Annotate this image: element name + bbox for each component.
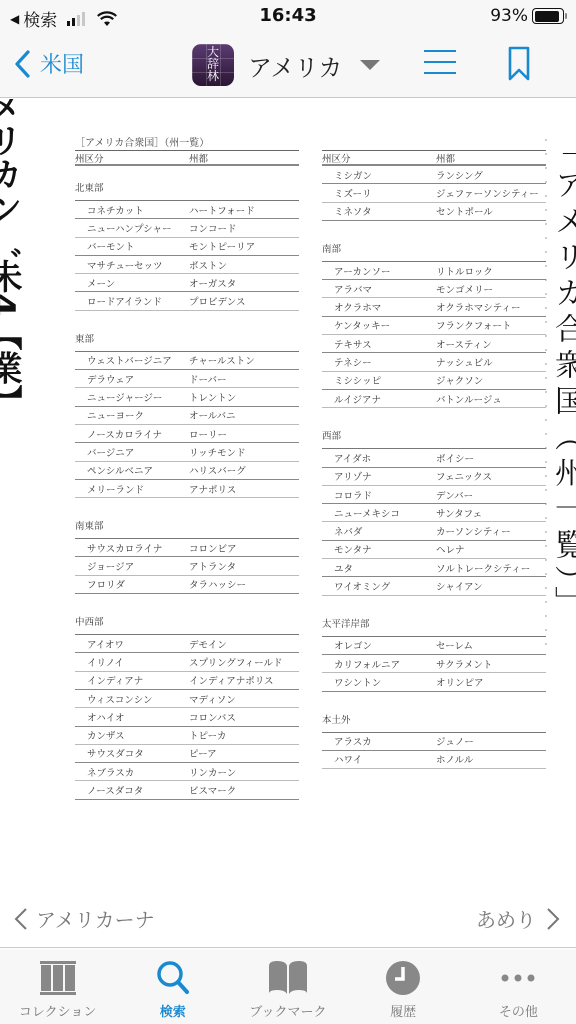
previous-page-edge-text: メリカン゛未4【業】 <box>0 99 22 419</box>
state-name: ハワイ <box>322 752 436 766</box>
section-label: 西部 <box>322 408 546 448</box>
table-row: ニューハンプシャーコンコード <box>75 219 299 237</box>
section-label: 北東部 <box>75 166 299 200</box>
state-capital: ビスマーク <box>189 783 299 797</box>
table-row: アリゾナフェニックス <box>322 468 546 486</box>
state-name: ミズーリ <box>322 186 436 200</box>
state-name: アリゾナ <box>322 469 436 483</box>
state-capital: チャールストン <box>189 353 299 367</box>
state-capital: ランシング <box>436 168 546 182</box>
status-bar: ◀ 検索 16:43 93% <box>0 0 576 34</box>
nav-bar: 米国 大 辞 林 アメリカ <box>0 34 576 98</box>
previous-entry-label: アメリカーナ <box>36 904 155 933</box>
state-name: ノースカロライナ <box>75 427 189 441</box>
state-name: ネバダ <box>322 524 436 538</box>
state-name: メリーランド <box>75 482 189 496</box>
state-name: テネシー <box>322 355 436 369</box>
table-row: ノースカロライナローリー <box>75 425 299 443</box>
table-row: ミシガンランシング <box>322 166 546 184</box>
header-capital: 州都 <box>189 151 299 165</box>
table-section: 南部アーカンソーリトルロックアラバマモンゴメリーオクラホマオクラホマシティーケン… <box>322 221 546 408</box>
state-name: イリノイ <box>75 655 189 669</box>
table-section: 本土外アラスカジュノーハワイホノルル <box>322 692 546 770</box>
state-capital: オリンピア <box>436 675 546 689</box>
state-name: アラスカ <box>322 734 436 748</box>
table-row: ミズーリジェファーソンシティー <box>322 184 546 202</box>
daijirin-app-icon: 大 辞 林 <box>192 44 234 86</box>
state-name: ロードアイランド <box>75 294 189 308</box>
menu-button[interactable] <box>424 50 456 78</box>
table-row: カリフォルニアサクラメント <box>322 655 546 673</box>
state-name: メーン <box>75 276 189 290</box>
state-capital: ローリー <box>189 427 299 441</box>
back-button[interactable]: 米国 <box>12 48 84 79</box>
state-name: ノースダコタ <box>75 783 189 797</box>
clock-icon <box>385 960 421 996</box>
tab-label: 履歴 <box>346 1001 461 1020</box>
tab-more[interactable]: その他 <box>461 949 576 1024</box>
bookmark-book-icon <box>267 960 309 996</box>
chevron-left-icon <box>12 49 32 79</box>
state-capital: オーガスタ <box>189 276 299 290</box>
collection-icon <box>38 959 78 997</box>
entry-title: アメリカ <box>248 48 342 83</box>
state-capital: フランクフォート <box>436 318 546 332</box>
table-row: オクラホマオクラホマシティー <box>322 298 546 316</box>
tab-label: 検索 <box>115 1001 230 1020</box>
state-capital: コンコード <box>189 221 299 235</box>
state-name: ニュージャージー <box>75 390 189 404</box>
table-section: 北東部コネチカットハートフォードニューハンプシャーコンコードバーモントモントピー… <box>75 166 299 311</box>
state-capital: モントピーリア <box>189 239 299 253</box>
search-icon <box>154 959 192 997</box>
state-name: オハイオ <box>75 710 189 724</box>
table-row: ワシントンオリンピア <box>322 673 546 691</box>
state-name: ミシシッピ <box>322 373 436 387</box>
state-name: カリフォルニア <box>322 657 436 671</box>
table-row: ミシシッピジャクソン <box>322 372 546 390</box>
table-row: テネシーナッシュビル <box>322 353 546 371</box>
table-row: ノースダコタビスマーク <box>75 781 299 799</box>
table-row: アイオワデモイン <box>75 635 299 653</box>
back-label: 米国 <box>40 48 84 79</box>
state-capital: ソルトレークシティー <box>436 561 546 575</box>
battery-icon <box>532 8 564 24</box>
state-name: コネチカット <box>75 203 189 217</box>
state-name: テキサス <box>322 337 436 351</box>
state-name: カンザス <box>75 728 189 742</box>
state-capital: コロンバス <box>189 710 299 724</box>
state-name: マサチューセッツ <box>75 258 189 272</box>
hamburger-icon-line <box>424 50 456 52</box>
state-capital: リッチモンド <box>189 445 299 459</box>
state-capital: アナポリス <box>189 482 299 496</box>
header-region: 州区分 <box>322 151 436 165</box>
section-label: 中西部 <box>75 594 299 634</box>
state-name: バージニア <box>75 445 189 459</box>
state-capital: インディアナポリス <box>189 673 299 687</box>
section-label: 南東部 <box>75 498 299 538</box>
state-name: ミネソタ <box>322 204 436 218</box>
table-row: オハイオコロンバス <box>75 708 299 726</box>
state-capital: ホノルル <box>436 752 546 766</box>
table-row: サウスカロライナコロンビア <box>75 539 299 557</box>
state-name: ニューヨーク <box>75 408 189 422</box>
table-row: デラウェアドーバー <box>75 370 299 388</box>
state-capital: カーソンシティー <box>436 524 546 538</box>
state-name: ルイジアナ <box>322 392 436 406</box>
table-row: モンタナヘレナ <box>322 541 546 559</box>
table-section: ミシガンランシングミズーリジェファーソンシティーミネソタセントポール <box>322 166 546 221</box>
table-row: フロリダタラハッシー <box>75 576 299 594</box>
state-name: モンタナ <box>322 542 436 556</box>
table-row: ネバダカーソンシティー <box>322 522 546 540</box>
more-icon <box>500 973 536 983</box>
state-name: ニューメキシコ <box>322 506 436 520</box>
table-row: ユタソルトレークシティー <box>322 559 546 577</box>
state-name: フロリダ <box>75 577 189 591</box>
table-column-right: 州区分 州都 ミシガンランシングミズーリジェファーソンシティーミネソタセントポー… <box>322 150 546 769</box>
table-row: アーカンソーリトルロック <box>322 262 546 280</box>
table-row: ウィスコンシンマディソン <box>75 690 299 708</box>
tab-bookmarks[interactable]: ブックマーク <box>230 949 345 1024</box>
table-row: メリーランドアナポリス <box>75 480 299 498</box>
table-row: オレゴンセーレム <box>322 637 546 655</box>
table-row: ワイオミングシャイアン <box>322 577 546 595</box>
state-capital: マディソン <box>189 692 299 706</box>
state-capital: シャイアン <box>436 579 546 593</box>
state-name: ペンシルベニア <box>75 463 189 477</box>
state-name: ジョージア <box>75 559 189 573</box>
table-section: 東部ウェストバージニアチャールストンデラウェアドーバーニュージャージートレントン… <box>75 311 299 498</box>
table-section: 南東部サウスカロライナコロンビアジョージアアトランタフロリダタラハッシー <box>75 498 299 594</box>
state-capital: セントポール <box>436 204 546 218</box>
state-capital: リンカーン <box>189 765 299 779</box>
bookmark-icon[interactable] <box>507 46 531 82</box>
state-capital: バトンルージュ <box>436 392 546 406</box>
table-row: ニューヨークオールバニ <box>75 407 299 425</box>
table-row: マサチューセッツボストン <box>75 256 299 274</box>
table-row: ニュージャージートレントン <box>75 388 299 406</box>
section-label: 本土外 <box>322 692 546 732</box>
table-row: ミネソタセントポール <box>322 203 546 221</box>
table-row: イリノイスプリングフィールド <box>75 653 299 671</box>
table-section: 太平洋岸部オレゴンセーレムカリフォルニアサクラメントワシントンオリンピア <box>322 596 546 692</box>
tab-label: コレクション <box>0 1001 115 1020</box>
state-name: アーカンソー <box>322 264 436 278</box>
state-capital: タラハッシー <box>189 577 299 591</box>
table-row: アイダホボイシー <box>322 449 546 467</box>
table-row: ネブラスカリンカーン <box>75 763 299 781</box>
state-name: インディアナ <box>75 673 189 687</box>
state-capital: サンタフェ <box>436 506 546 520</box>
state-capital: サクラメント <box>436 657 546 671</box>
table-row: コロラドデンバー <box>322 486 546 504</box>
state-name: サウスダコタ <box>75 746 189 760</box>
state-name: コロラド <box>322 488 436 502</box>
table-row: カンザストピーカ <box>75 727 299 745</box>
dictionary-selector[interactable]: 大 辞 林 アメリカ <box>192 44 380 86</box>
state-capital: モンゴメリー <box>436 282 546 296</box>
state-capital: ボストン <box>189 258 299 272</box>
table-title: ［アメリカ合衆国］（州一覧） <box>75 134 209 149</box>
table-row: バーモントモントピーリア <box>75 238 299 256</box>
table-row: バージニアリッチモンド <box>75 443 299 461</box>
state-name: バーモント <box>75 239 189 253</box>
state-name: ウェストバージニア <box>75 353 189 367</box>
state-name: ウィスコンシン <box>75 692 189 706</box>
state-name: ニューハンプシャー <box>75 221 189 235</box>
state-capital: ドーバー <box>189 372 299 386</box>
state-capital: フェニックス <box>436 469 546 483</box>
table-header: 州区分 州都 <box>75 150 299 166</box>
state-name: オクラホマ <box>322 300 436 314</box>
table-row: ウェストバージニアチャールストン <box>75 352 299 370</box>
tab-label: その他 <box>461 1001 576 1020</box>
tab-history[interactable]: 履歴 <box>346 949 461 1024</box>
next-entry-label: あめり <box>476 904 536 933</box>
tab-label: ブックマーク <box>230 1001 345 1020</box>
tab-collection[interactable]: コレクション <box>0 949 115 1024</box>
section-label: 東部 <box>75 311 299 351</box>
state-name: オレゴン <box>322 638 436 652</box>
header-capital: 州都 <box>436 151 546 165</box>
state-name: ミシガン <box>322 168 436 182</box>
table-row: ルイジアナバトンルージュ <box>322 390 546 408</box>
state-name: ワイオミング <box>322 579 436 593</box>
section-label: 南部 <box>322 221 546 261</box>
state-capital: ナッシュビル <box>436 355 546 369</box>
battery-percent: 93% <box>490 6 528 26</box>
state-capital: デモイン <box>189 637 299 651</box>
table-row: コネチカットハートフォード <box>75 201 299 219</box>
table-column-left: 州区分 州都 北東部コネチカットハートフォードニューハンプシャーコンコードバーモ… <box>75 150 299 800</box>
dropdown-triangle-icon <box>360 60 380 70</box>
table-section: 中西部アイオワデモインイリノイスプリングフィールドインディアナインディアナポリス… <box>75 594 299 800</box>
state-capital: ハートフォード <box>189 203 299 217</box>
chevron-left-icon <box>14 907 28 931</box>
state-capital: オールバニ <box>189 408 299 422</box>
entry-content[interactable]: メリカン゛未4【業】 「アメリカ合衆国（州一覧）」 ［アメリカ合衆国］（州一覧）… <box>0 99 576 890</box>
state-capital: リトルロック <box>436 264 546 278</box>
table-row: メーンオーガスタ <box>75 274 299 292</box>
state-capital: ジュノー <box>436 734 546 748</box>
table-row: ジョージアアトランタ <box>75 557 299 575</box>
table-row: ハワイホノルル <box>322 751 546 769</box>
chevron-right-icon <box>546 907 560 931</box>
state-capital: ジャクソン <box>436 373 546 387</box>
state-name: ワシントン <box>322 675 436 689</box>
state-capital: プロビデンス <box>189 294 299 308</box>
state-capital: デンバー <box>436 488 546 502</box>
state-capital: ハリスバーグ <box>189 463 299 477</box>
section-label: 太平洋岸部 <box>322 596 546 636</box>
state-name: ケンタッキー <box>322 318 436 332</box>
table-row: サウスダコタピーア <box>75 745 299 763</box>
table-row: ケンタッキーフランクフォート <box>322 317 546 335</box>
table-row: テキサスオースティン <box>322 335 546 353</box>
state-capital: オースティン <box>436 337 546 351</box>
tab-search[interactable]: 検索 <box>115 949 230 1024</box>
state-capital: ピーア <box>189 746 299 760</box>
next-entry-button[interactable]: あめり <box>476 904 560 933</box>
state-name: サウスカロライナ <box>75 541 189 555</box>
state-capital: オクラホマシティー <box>436 300 546 314</box>
state-capital: ジェファーソンシティー <box>436 186 546 200</box>
state-name: ネブラスカ <box>75 765 189 779</box>
table-row: アラスカジュノー <box>322 733 546 751</box>
state-name: アイダホ <box>322 451 436 465</box>
previous-entry-button[interactable]: アメリカーナ <box>14 904 155 933</box>
state-capital: トピーカ <box>189 728 299 742</box>
table-row: ロードアイランドプロビデンス <box>75 292 299 310</box>
table-row: インディアナインディアナポリス <box>75 672 299 690</box>
state-capital: スプリングフィールド <box>189 655 299 669</box>
next-page-edge-text: 「アメリカ合衆国（州一覧）」 <box>551 133 576 622</box>
table-row: アラバマモンゴメリー <box>322 280 546 298</box>
tab-bar: コレクション 検索 ブックマーク 履歴 <box>0 949 576 1024</box>
state-name: デラウェア <box>75 372 189 386</box>
state-name: アイオワ <box>75 637 189 651</box>
state-name: アラバマ <box>322 282 436 296</box>
state-capital: アトランタ <box>189 559 299 573</box>
table-row: ペンシルベニアハリスバーグ <box>75 462 299 480</box>
state-capital: セーレム <box>436 638 546 652</box>
header-region: 州区分 <box>75 151 189 165</box>
entry-pager: アメリカーナ あめり <box>0 890 576 948</box>
state-capital: ヘレナ <box>436 542 546 556</box>
table-row: ニューメキシコサンタフェ <box>322 504 546 522</box>
state-capital: コロンビア <box>189 541 299 555</box>
state-name: ユタ <box>322 561 436 575</box>
table-header: 州区分 州都 <box>322 150 546 166</box>
state-capital: ボイシー <box>436 451 546 465</box>
battery-status: 93% <box>490 6 564 26</box>
state-capital: トレントン <box>189 390 299 404</box>
table-section: 西部アイダホボイシーアリゾナフェニックスコロラドデンバーニューメキシコサンタフェ… <box>322 408 546 595</box>
